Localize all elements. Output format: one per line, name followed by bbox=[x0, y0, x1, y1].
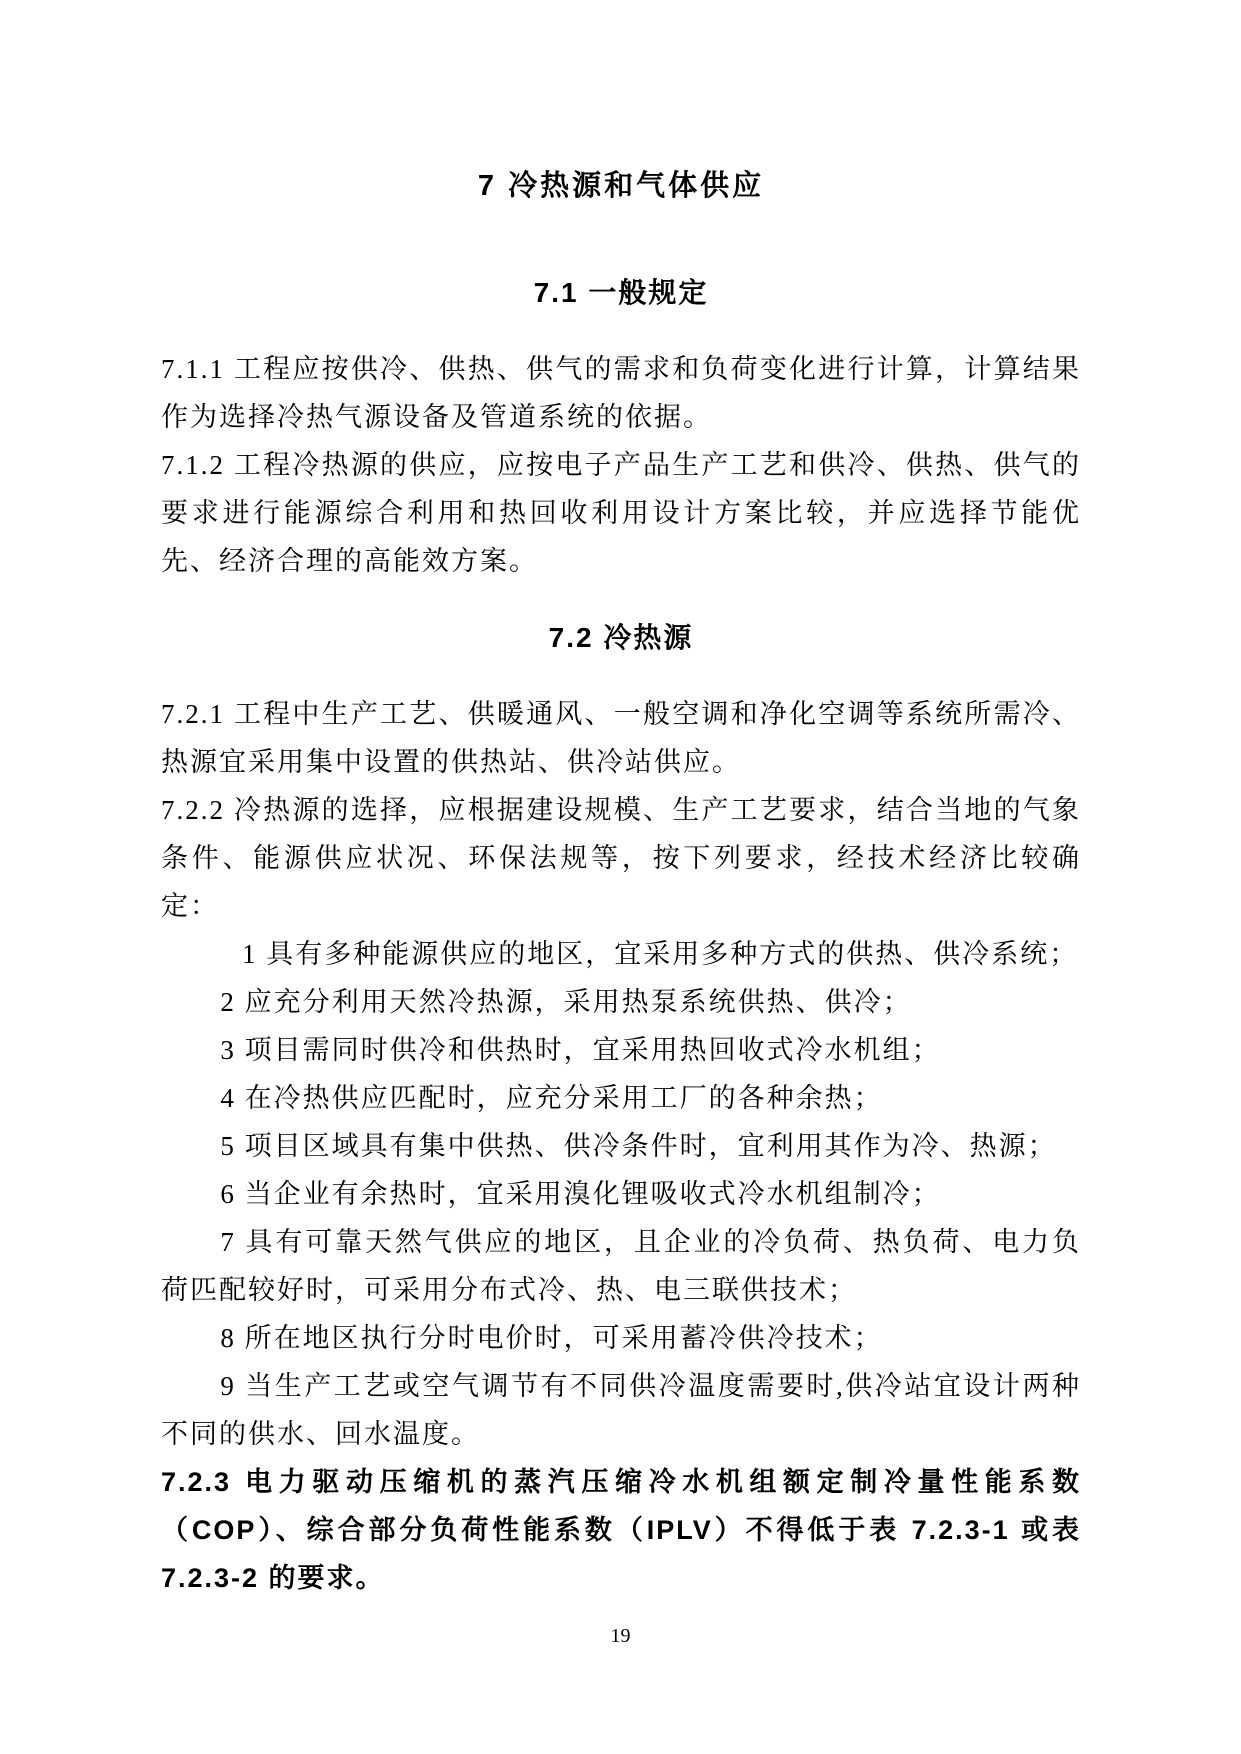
clause-7-1-1: 7.1.1 工程应按供冷、供热、供气的需求和负荷变化进行计算，计算结果作为选择冷… bbox=[161, 345, 1081, 441]
section-7-1-heading: 7.1 一般规定 bbox=[161, 278, 1081, 308]
clause-7-2-2-item-3: 3 项目需同时供冷和供热时，宜采用热回收式冷水机组； bbox=[161, 1026, 1081, 1074]
clause-7-2-2-item-8: 8 所在地区执行分时电价时，可采用蓄冷供冷技术； bbox=[161, 1314, 1081, 1362]
clause-7-1-2: 7.1.2 工程冷热源的供应，应按电子产品生产工艺和供冷、供热、供气的要求进行能… bbox=[161, 441, 1081, 585]
clause-7-2-2-item-9: 9 当生产工艺或空气调节有不同供冷温度需要时,供冷站宜设计两种不同的供水、回水温… bbox=[161, 1362, 1081, 1458]
clause-7-2-1: 7.2.1 工程中生产工艺、供暖通风、一般空调和净化空调等系统所需冷、热源宜采用… bbox=[161, 690, 1081, 786]
document-page: 7 冷热源和气体供应 7.1 一般规定 7.1.1 工程应按供冷、供热、供气的需… bbox=[0, 0, 1241, 1754]
clause-7-2-2-item-4: 4 在冷热供应匹配时，应充分采用工厂的各种余热； bbox=[161, 1074, 1081, 1122]
clause-7-2-3: 7.2.3 电力驱动压缩机的蒸汽压缩冷水机组额定制冷量性能系数（COP）、综合部… bbox=[161, 1458, 1081, 1602]
chapter-title: 7 冷热源和气体供应 bbox=[161, 170, 1081, 202]
clause-7-2-2-item-1: 1 具有多种能源供应的地区，宜采用多种方式的供热、供冷系统； bbox=[161, 930, 1081, 978]
clause-7-2-2-item-6: 6 当企业有余热时，宜采用溴化锂吸收式冷水机组制冷； bbox=[161, 1170, 1081, 1218]
page-number: 19 bbox=[0, 1624, 1241, 1648]
clause-7-2-2-item-5: 5 项目区域具有集中供热、供冷条件时，宜利用其作为冷、热源； bbox=[161, 1122, 1081, 1170]
clause-7-2-2-item-7: 7 具有可靠天然气供应的地区，且企业的冷负荷、热负荷、电力负荷匹配较好时，可采用… bbox=[161, 1218, 1081, 1314]
clause-7-2-2-item-2: 2 应充分利用天然冷热源，采用热泵系统供热、供冷； bbox=[161, 978, 1081, 1026]
section-7-2-heading: 7.2 冷热源 bbox=[161, 623, 1081, 653]
clause-7-2-2: 7.2.2 冷热源的选择，应根据建设规模、生产工艺要求，结合当地的气象条件、能源… bbox=[161, 786, 1081, 930]
